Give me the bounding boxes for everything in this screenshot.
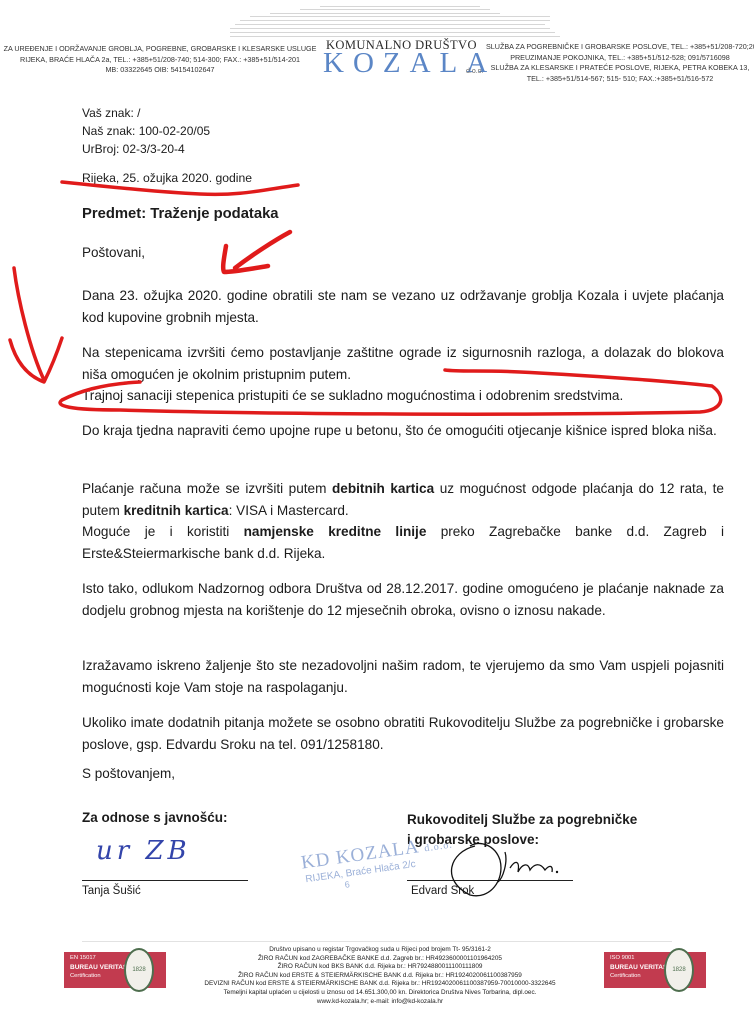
ref-urbroj: UrBroj: 02-3/3-20-4 <box>82 140 210 158</box>
footer-divider <box>82 941 672 942</box>
footer-company-registration: Društvo upisano u registar Trgovačkog su… <box>200 946 560 1006</box>
letter-subject: Predmet: Traženje podataka <box>82 206 279 222</box>
paragraph-payment-credit: Moguće je i koristiti namjenske kreditne… <box>82 521 724 564</box>
header-company-info-right: SLUŽBA ZA POGREBNIČKE I GROBARSKE POSLOV… <box>486 42 754 84</box>
header-right-line: SLUŽBA ZA KLESARSKE I PRATEĆE POSLOVE, R… <box>486 63 754 74</box>
letter-date: Rijeka, 25. ožujka 2020. godine <box>82 171 252 185</box>
paragraph-payment-cards: Plaćanje računa može se izvršiti putem d… <box>82 478 724 521</box>
paragraph-contact: Ukoliko imate dodatnih pitanja možete se… <box>82 712 724 755</box>
bureau-veritas-seal-icon: 1828 <box>664 948 694 992</box>
paragraph-stairs: Na stepenicama izvršiti ćemo postavljanj… <box>82 342 724 407</box>
paragraph-drainage: Do kraja tjedna napraviti ćemo upojne ru… <box>82 420 724 442</box>
header-left-line: RIJEKA, BRAĆE HLAČA 2a, TEL.: +385+51/20… <box>0 55 320 66</box>
reference-block: Vaš znak: / Naš znak: 100-02-20/05 UrBro… <box>82 104 210 158</box>
header-company-info-left: ZA UREĐENJE I ODRŽAVANJE GROBLJA, POGREB… <box>0 44 320 76</box>
ref-your-mark: Vaš znak: / <box>82 104 210 122</box>
letter-closing: S poštovanjem, <box>82 766 175 781</box>
footer-website: www.kd-kozala.hr; e-mail: info@kd-kozala… <box>200 998 560 1007</box>
paragraph-installments: Isto tako, odlukom Nadzornog odbora Druš… <box>82 578 724 621</box>
signature-left-title: Za odnose s javnošću: <box>82 810 228 825</box>
header-left-line: ZA UREĐENJE I ODRŽAVANJE GROBLJA, POGREB… <box>0 44 320 55</box>
logo-skyline-graphic <box>230 0 650 40</box>
header-right-line: SLUŽBA ZA POGREBNIČKE I GROBARSKE POSLOV… <box>486 42 754 53</box>
signature-left-scribble: ur ZB <box>96 836 191 866</box>
logo-suffix: d.o.o. <box>466 68 484 75</box>
paragraph-apology: Izražavamo iskreno žaljenje što ste neza… <box>82 655 724 698</box>
header-right-line: PREUZIMANJE POKOJNIKA, TEL.: +385+51/512… <box>486 53 754 64</box>
paragraph-stairs-repair: Trajnoj sanaciji stepenica pristupiti će… <box>82 385 724 407</box>
header-right-line: TEL.: +385+51/514-567; 515- 510; FAX.:+3… <box>486 74 754 85</box>
signature-right-line <box>407 880 573 881</box>
left-arrow <box>10 268 62 382</box>
signature-left-name: Tanja Šušić <box>82 885 141 897</box>
ref-our-mark: Naš znak: 100-02-20/05 <box>82 122 210 140</box>
paragraph-inquiry: Dana 23. ožujka 2020. godine obratili st… <box>82 285 724 328</box>
signature-right-name: Edvard Srok <box>411 885 474 897</box>
paragraph-stairs-fence: Na stepenicama izvršiti ćemo postavljanj… <box>82 342 724 385</box>
pointer-arrow <box>223 232 290 272</box>
bureau-veritas-seal-icon: 1828 <box>124 948 154 992</box>
paragraph-payment: Plaćanje računa može se izvršiti putem d… <box>82 478 724 564</box>
letter-greeting: Poštovani, <box>82 245 145 260</box>
signature-left-line <box>82 880 248 881</box>
header-left-line: MB: 03322645 OIB: 54154102647 <box>0 65 320 76</box>
